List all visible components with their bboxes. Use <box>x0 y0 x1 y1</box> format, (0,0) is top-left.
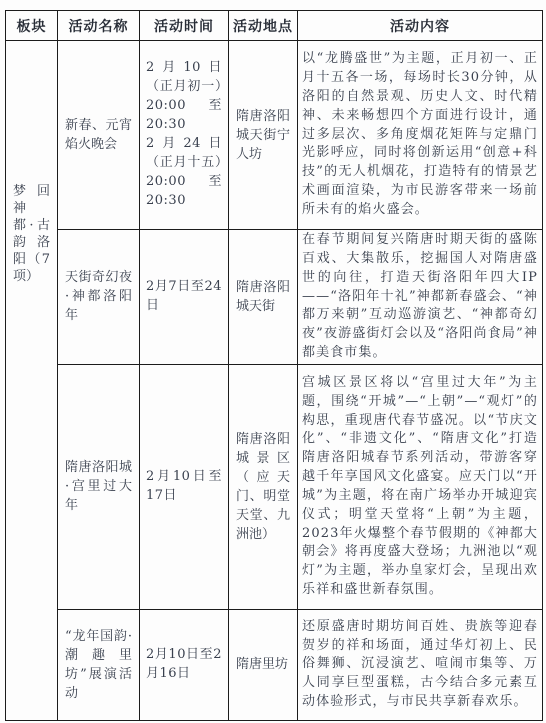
activity-time-text: 2月10日至17日 <box>146 468 222 506</box>
header-activity-name: 活动名称 <box>58 11 140 41</box>
activity-name-cell: 天街奇幻夜·神都洛阳年 <box>58 230 140 365</box>
block-label-line: 神 <box>13 200 50 217</box>
activity-location-cell: 隋唐洛阳城景区（应天门、明堂天堂、九洲池） <box>229 364 298 609</box>
header-activity-time: 活动时间 <box>140 11 229 41</box>
table-row: 天街奇幻夜·神都洛阳年2月7日至24日隋唐洛阳城天街在春节期间复兴隋唐时期天街的… <box>6 230 543 365</box>
table-row: “龙年国韵·潮趣里坊”展演活动2月10日至2月16日隋唐里坊还原盛唐时期坊间百姓… <box>6 609 543 720</box>
activity-name-cell: 新春、元宵焰火晚会 <box>58 41 140 230</box>
block-label-line: 都·古 <box>13 217 50 234</box>
block-cell: 梦回神都·古韵洛阳（7项） <box>6 41 58 721</box>
activity-content-cell: 还原盛唐时期坊间百姓、贵族等迎春贺岁的祥和场面，通过华灯初上、民俗舞狮、沉浸演艺… <box>298 609 543 720</box>
activity-time-text: 2月7日至24日 <box>146 278 222 316</box>
table-header-row: 板块 活动名称 活动时间 活动地点 活动内容 <box>6 11 543 41</box>
header-activity-content: 活动内容 <box>298 11 543 41</box>
activity-location-cell: 隋唐里坊 <box>229 609 298 720</box>
table-row: 隋唐洛阳城·宫里过大年2月10日至17日隋唐洛阳城景区（应天门、明堂天堂、九洲池… <box>6 364 543 609</box>
activity-time-text: 2月10日（正月初一）20:00至20:30 <box>146 59 222 135</box>
activity-name-cell: “龙年国韵·潮趣里坊”展演活动 <box>58 609 140 720</box>
block-label-line: 项） <box>13 268 50 285</box>
table-body: 梦回神都·古韵洛阳（7项）新春、元宵焰火晚会2月10日（正月初一）20:00至2… <box>6 41 543 721</box>
header-block: 板块 <box>6 11 58 41</box>
document-page: 板块 活动名称 活动时间 活动地点 活动内容 梦回神都·古韵洛阳（7项）新春、元… <box>0 0 546 723</box>
block-label-line: 韵洛 <box>13 234 50 251</box>
activity-time-cell: 2月10日至2月16日 <box>140 609 229 720</box>
activity-table: 板块 活动名称 活动时间 活动地点 活动内容 梦回神都·古韵洛阳（7项）新春、元… <box>5 10 543 721</box>
activity-time-text: 2月10日至2月16日 <box>146 646 222 684</box>
activity-time-cell: 2月7日至24日 <box>140 230 229 365</box>
activity-name-cell: 隋唐洛阳城·宫里过大年 <box>58 364 140 609</box>
header-activity-location: 活动地点 <box>229 11 298 41</box>
activity-time-cell: 2月10日至17日 <box>140 364 229 609</box>
activity-time-cell: 2月10日（正月初一）20:00至20:302月24日（正月十五）20:00至2… <box>140 41 229 230</box>
activity-time-text: 2月24日（正月十五）20:00至20:30 <box>146 135 222 211</box>
table-row: 梦回神都·古韵洛阳（7项）新春、元宵焰火晚会2月10日（正月初一）20:00至2… <box>6 41 543 230</box>
activity-content-cell: 在春节期间复兴隋唐时期天街的盛陈百戏、大集散乐，挖掘国人对隋唐盛世的向往，打造天… <box>298 230 543 365</box>
activity-location-cell: 隋唐洛阳城天街 <box>229 230 298 365</box>
block-label-line: 梦回 <box>13 183 50 200</box>
activity-content-cell: 以“龙腾盛世”为主题，正月初一、正月十五各一场，每场时长30分钟，从洛阳的自然景… <box>298 41 543 230</box>
activity-location-cell: 隋唐洛阳城天街宁人坊 <box>229 41 298 230</box>
block-label-line: 阳（7 <box>13 251 50 268</box>
activity-content-cell: 宫城区景区将以“宫里过大年”为主题，围绕“开城”—“上朝”—“观灯”的构思，重现… <box>298 364 543 609</box>
